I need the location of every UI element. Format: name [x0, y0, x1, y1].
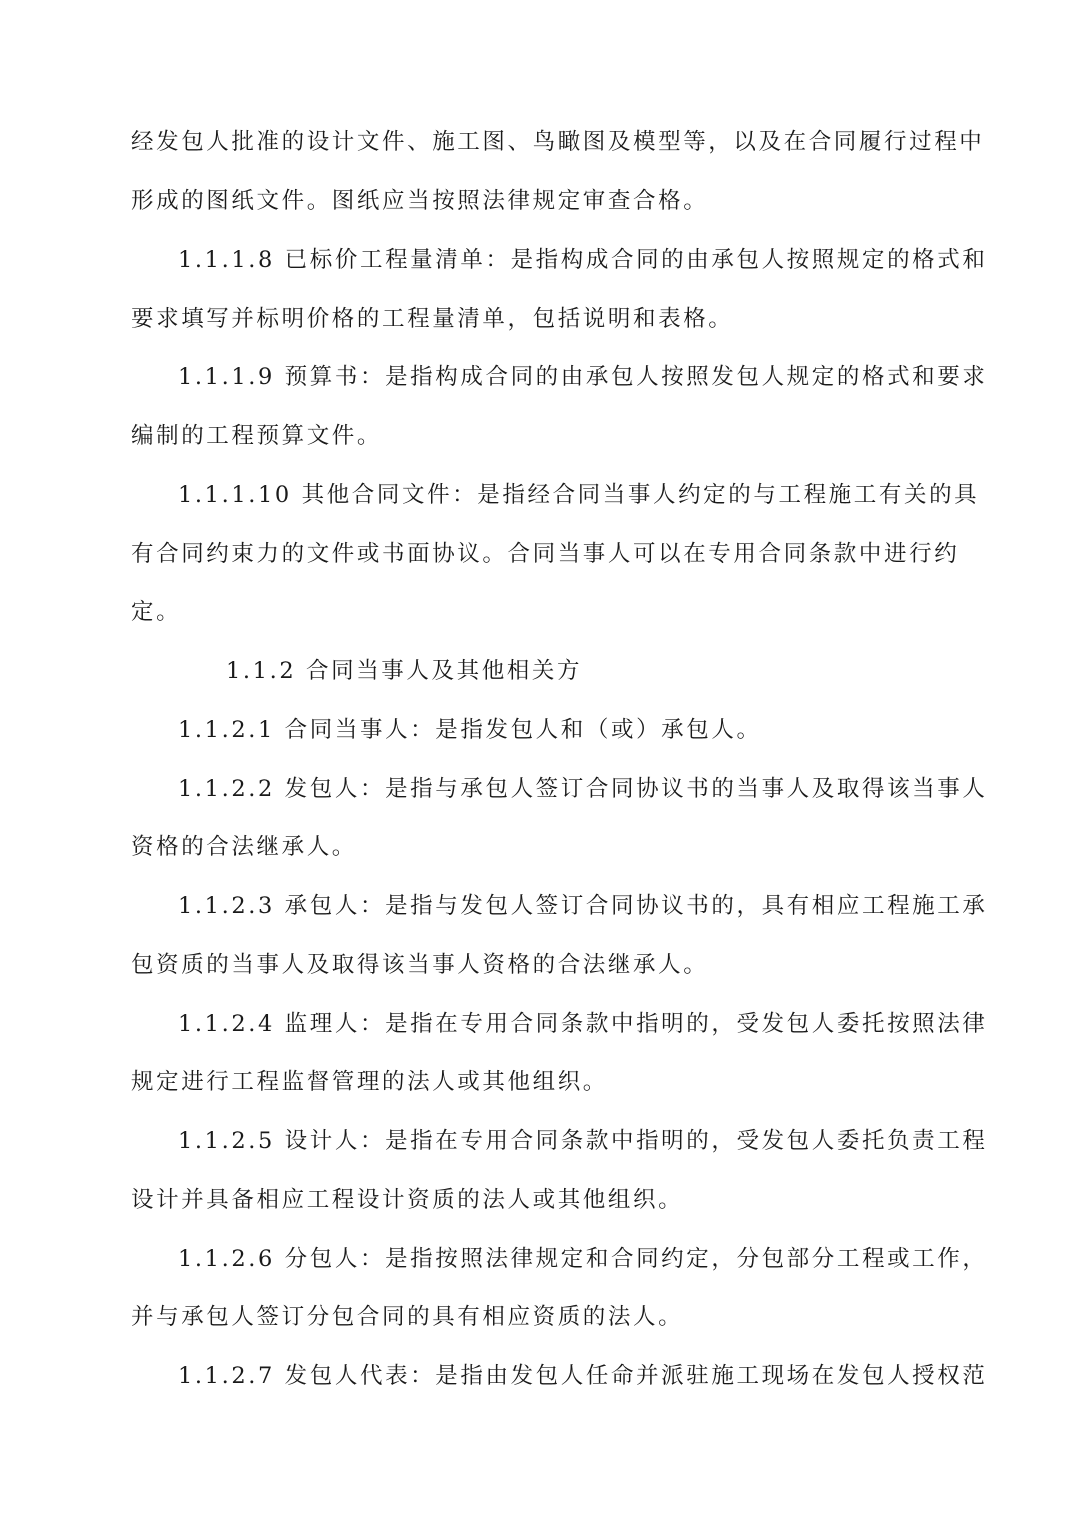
paragraph-line: 有合同约束力的文件或书面协议。合同当事人可以在专用合同条款中进行约: [131, 539, 951, 569]
clause-1-1-2-5: 1.1.2.5 设计人：是指在专用合同条款中指明的，受发包人委托负责工程: [178, 1126, 998, 1156]
clause-1-1-2-4: 1.1.2.4 监理人：是指在专用合同条款中指明的，受发包人委托按照法律: [178, 1009, 998, 1039]
paragraph-line: 编制的工程预算文件。: [131, 421, 951, 451]
section-heading-1-1-2: 1.1.2 合同当事人及其他相关方: [226, 656, 1046, 686]
paragraph-line: 资格的合法继承人。: [131, 832, 951, 862]
clause-1-1-1-8: 1.1.1.8 已标价工程量清单：是指构成合同的由承包人按照规定的格式和: [178, 245, 998, 275]
clause-1-1-2-7: 1.1.2.7 发包人代表：是指由发包人任命并派驻施工现场在发包人授权范: [178, 1361, 998, 1391]
paragraph-line: 定。: [131, 597, 951, 627]
paragraph-line: 要求填写并标明价格的工程量清单，包括说明和表格。: [131, 304, 951, 334]
paragraph-line: 包资质的当事人及取得该当事人资格的合法继承人。: [131, 950, 951, 980]
clause-1-1-2-6: 1.1.2.6 分包人：是指按照法律规定和合同约定，分包部分工程或工作，: [178, 1244, 998, 1274]
paragraph-line: 并与承包人签订分包合同的具有相应资质的法人。: [131, 1302, 951, 1332]
clause-1-1-2-1: 1.1.2.1 合同当事人：是指发包人和（或）承包人。: [178, 715, 998, 745]
paragraph-line: 经发包人批准的设计文件、施工图、鸟瞰图及模型等，以及在合同履行过程中: [131, 127, 951, 157]
clause-1-1-1-9: 1.1.1.9 预算书：是指构成合同的由承包人按照发包人规定的格式和要求: [178, 362, 998, 392]
clause-1-1-1-10: 1.1.1.10 其他合同文件：是指经合同当事人约定的与工程施工有关的具: [178, 480, 998, 510]
paragraph-line: 形成的图纸文件。图纸应当按照法律规定审查合格。: [131, 186, 951, 216]
clause-1-1-2-3: 1.1.2.3 承包人：是指与发包人签订合同协议书的，具有相应工程施工承: [178, 891, 998, 921]
document-page: 经发包人批准的设计文件、施工图、鸟瞰图及模型等，以及在合同履行过程中 形成的图纸…: [0, 0, 1074, 1520]
clause-1-1-2-2: 1.1.2.2 发包人：是指与承包人签订合同协议书的当事人及取得该当事人: [178, 774, 998, 804]
paragraph-line: 设计并具备相应工程设计资质的法人或其他组织。: [131, 1185, 951, 1215]
paragraph-line: 规定进行工程监督管理的法人或其他组织。: [131, 1067, 951, 1097]
